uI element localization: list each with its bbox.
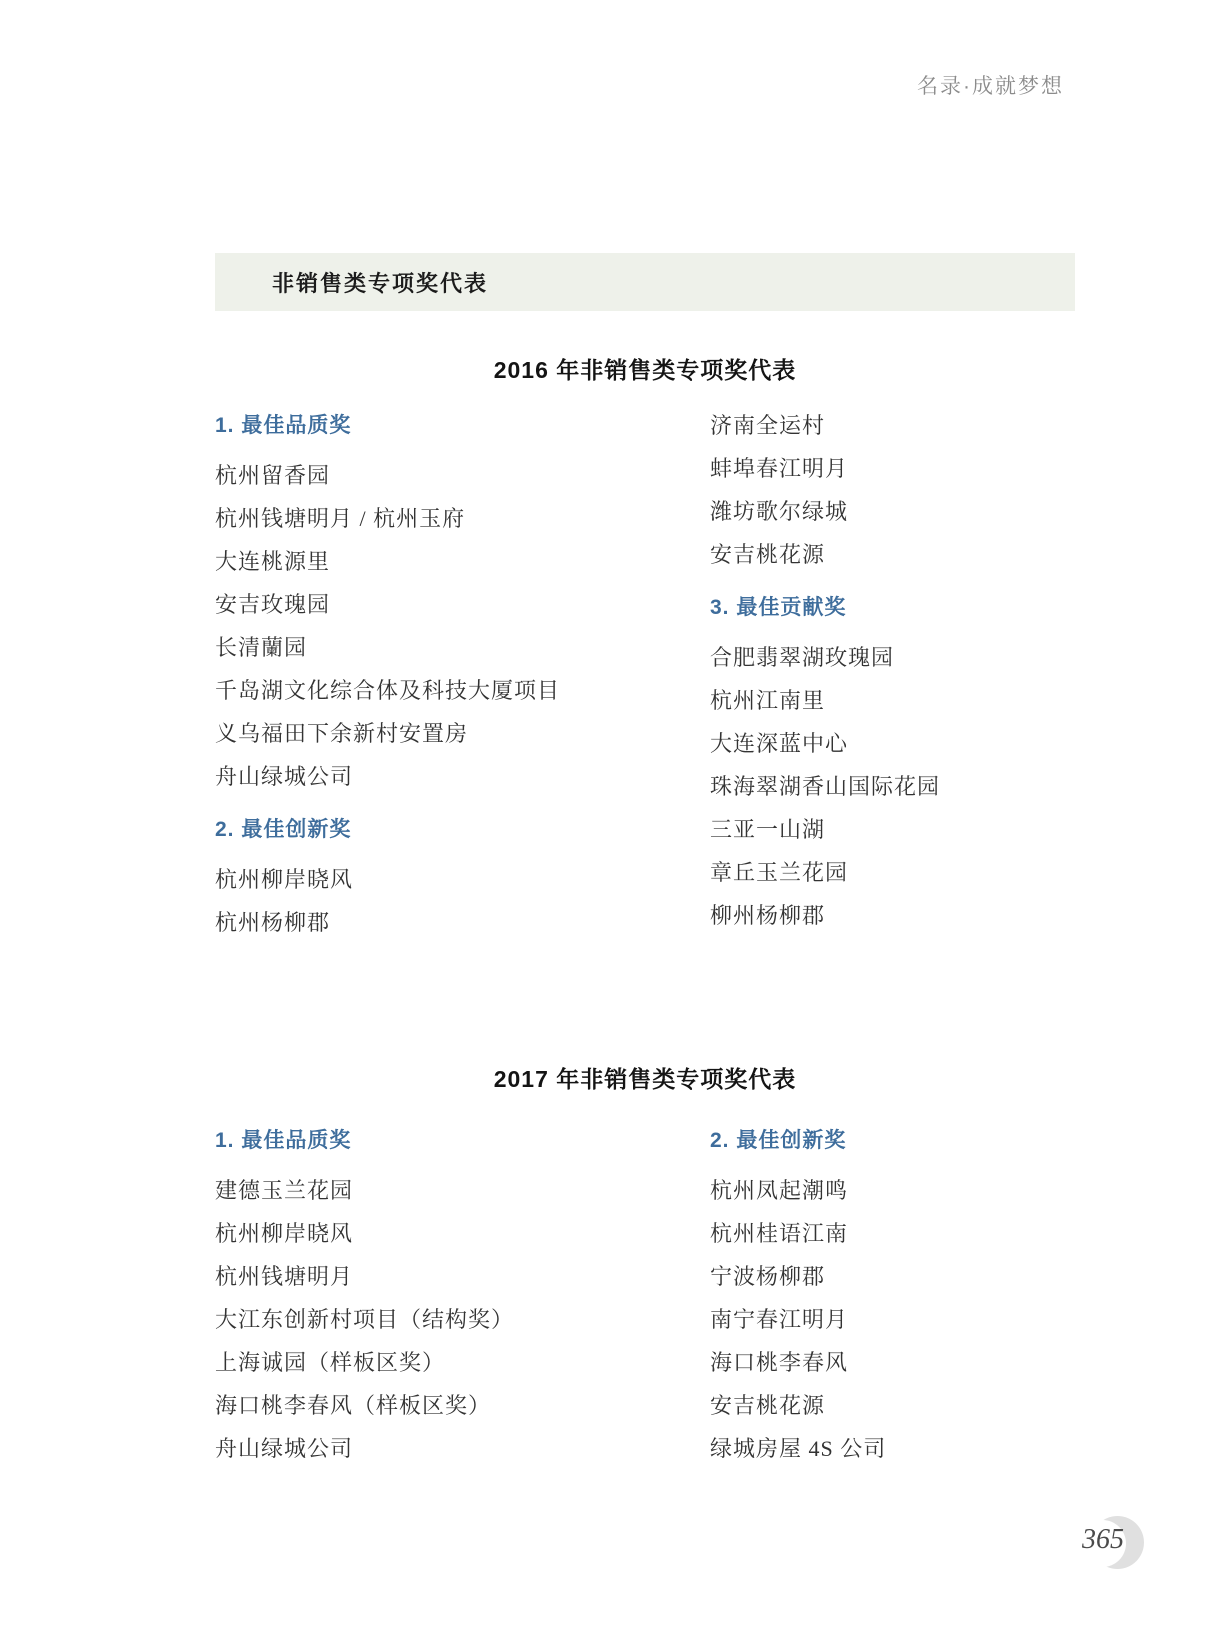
award-category: 1. 最佳品质奖 <box>215 404 705 447</box>
award-item: 杭州钱塘明月 / 杭州玉府 <box>215 497 705 540</box>
award-item: 杭州留香园 <box>215 454 705 497</box>
page-number: 365 <box>1082 1524 1124 1556</box>
award-item: 长清蘭园 <box>215 626 705 669</box>
award-category: 1. 最佳品质奖 <box>215 1119 705 1162</box>
award-item: 潍坊歌尔绿城 <box>710 490 1080 533</box>
award-category: 3. 最佳贡献奖 <box>710 586 1080 629</box>
award-item: 杭州钱塘明月 <box>215 1255 705 1298</box>
award-item: 蚌埠春江明月 <box>710 447 1080 490</box>
section-title-bar: 非销售类专项奖代表 <box>215 253 1075 311</box>
heading-2017: 2017 年非销售类专项奖代表 <box>215 1061 1075 1094</box>
award-item: 杭州杨柳郡 <box>215 901 705 944</box>
award-item: 大江东创新村项目（结构奖） <box>215 1298 705 1341</box>
section-title: 非销售类专项奖代表 <box>272 267 488 298</box>
award-item: 杭州凤起潮鸣 <box>710 1169 1080 1212</box>
award-item: 杭州江南里 <box>710 679 1080 722</box>
award-category: 2. 最佳创新奖 <box>710 1119 1080 1162</box>
award-item: 大连桃源里 <box>215 540 705 583</box>
award-item: 安吉桃花源 <box>710 1384 1080 1427</box>
award-item: 上海诚园（样板区奖） <box>215 1341 705 1384</box>
award-item: 安吉桃花源 <box>710 533 1080 576</box>
award-item: 绿城房屋 4S 公司 <box>710 1427 1080 1470</box>
column-2017-left: 1. 最佳品质奖 建德玉兰花园 杭州柳岸晓风 杭州钱塘明月 大江东创新村项目（结… <box>215 1119 705 1470</box>
running-header: 名录·成就梦想 <box>917 70 1064 100</box>
column-2017-right: 2. 最佳创新奖 杭州凤起潮鸣 杭州桂语江南 宁波杨柳郡 南宁春江明月 海口桃李… <box>710 1119 1080 1470</box>
award-item: 南宁春江明月 <box>710 1298 1080 1341</box>
award-item: 济南全运村 <box>710 404 1080 447</box>
award-item: 海口桃李春风（样板区奖） <box>215 1384 705 1427</box>
award-item: 舟山绿城公司 <box>215 755 705 798</box>
award-item: 舟山绿城公司 <box>215 1427 705 1470</box>
award-item: 宁波杨柳郡 <box>710 1255 1080 1298</box>
award-item: 安吉玫瑰园 <box>215 583 705 626</box>
award-item: 合肥翡翠湖玫瑰园 <box>710 636 1080 679</box>
award-item: 海口桃李春风 <box>710 1341 1080 1384</box>
award-item: 杭州桂语江南 <box>710 1212 1080 1255</box>
award-item: 大连深蓝中心 <box>710 722 1080 765</box>
award-item: 千岛湖文化综合体及科技大厦项目 <box>215 669 705 712</box>
award-item: 杭州柳岸晓风 <box>215 858 705 901</box>
award-item: 珠海翠湖香山国际花园 <box>710 765 1080 808</box>
heading-2016: 2016 年非销售类专项奖代表 <box>215 352 1075 385</box>
award-item: 义乌福田下余新村安置房 <box>215 712 705 755</box>
column-2016-left: 1. 最佳品质奖 杭州留香园 杭州钱塘明月 / 杭州玉府 大连桃源里 安吉玫瑰园… <box>215 404 705 944</box>
award-item: 章丘玉兰花园 <box>710 851 1080 894</box>
award-item: 三亚一山湖 <box>710 808 1080 851</box>
document-page: 名录·成就梦想 非销售类专项奖代表 2016 年非销售类专项奖代表 1. 最佳品… <box>0 0 1212 1645</box>
award-item: 建德玉兰花园 <box>215 1169 705 1212</box>
award-item: 杭州柳岸晓风 <box>215 1212 705 1255</box>
award-item: 柳州杨柳郡 <box>710 894 1080 937</box>
award-category: 2. 最佳创新奖 <box>215 808 705 851</box>
column-2016-right: 济南全运村 蚌埠春江明月 潍坊歌尔绿城 安吉桃花源 3. 最佳贡献奖 合肥翡翠湖… <box>710 404 1080 937</box>
